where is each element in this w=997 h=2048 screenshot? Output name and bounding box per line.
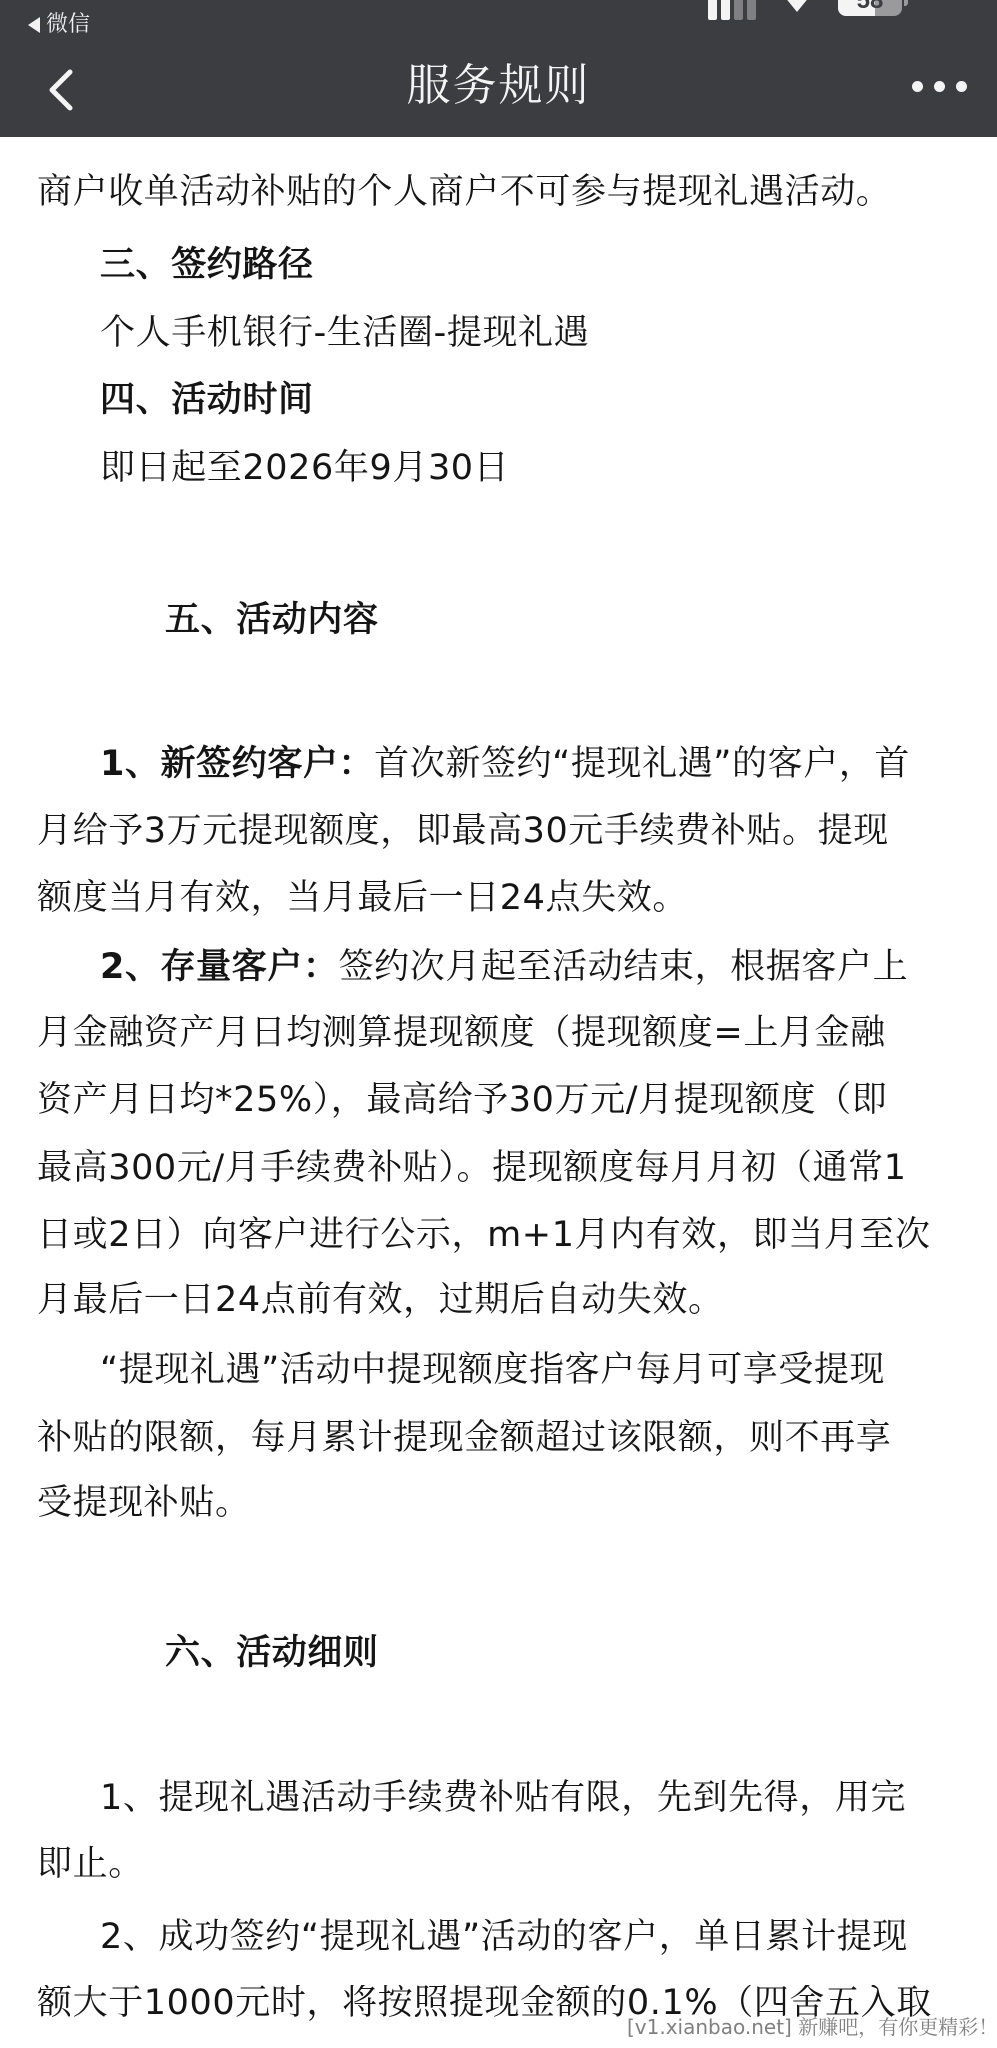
section-heading-activity-rules: 六、活动细则 <box>165 1628 379 1678</box>
more-dot-icon <box>934 81 945 92</box>
section-heading-activity-content: 五、活动内容 <box>165 595 379 645</box>
page-title: 服务规则 <box>0 54 997 118</box>
paragraph-line: 月金融资产月日均测算提现额度（提现额度=上月金融 <box>37 1008 886 1058</box>
site-watermark: [v1.xianbao.net] 新赚吧，有你更精彩！ <box>627 2015 997 2039</box>
back-triangle-icon <box>28 17 40 33</box>
battery-icon: 58 <box>838 0 902 16</box>
return-to-app-link[interactable]: 微信 <box>28 10 90 40</box>
paragraph-line: 受提现补贴。 <box>37 1478 251 1528</box>
top-bar: 微信 58 服务规则 <box>0 0 997 137</box>
paragraph-line: 个人手机银行-生活圈-提现礼遇 <box>100 308 589 358</box>
more-options-button[interactable] <box>912 72 982 100</box>
battery-nub <box>904 0 908 6</box>
item-label-new-customer: 1、新签约客户： <box>100 744 374 784</box>
paragraph-line: 2、成功签约“提现礼遇”活动的客户，单日累计提现 <box>100 1912 908 1962</box>
paragraph-line: 补贴的限额，每月累计提现金额超过该限额，则不再享 <box>37 1413 891 1463</box>
paragraph-line: 即日起至2026年9月30日 <box>100 443 509 493</box>
item-label-existing-customer: 2、存量客户： <box>100 947 339 987</box>
paragraph-line: 日或2日）向客户进行公示，m+1月内有效，即当月至次 <box>37 1210 931 1260</box>
item-text: 首次新签约“提现礼遇”的客户，首 <box>374 744 910 784</box>
paragraph-line: 最高300元/月手续费补贴）。提现额度每月月初（通常1 <box>37 1143 907 1193</box>
paragraph-line: 商户收单活动补贴的个人商户不可参与提现礼遇活动。 <box>37 167 891 217</box>
wifi-icon <box>782 0 812 16</box>
paragraph-line: 额度当月有效，当月最后一日24点失效。 <box>37 873 688 923</box>
paragraph-line: 即止。 <box>37 1839 144 1889</box>
more-dot-icon <box>912 81 923 92</box>
section-heading-signing-path: 三、签约路径 <box>100 240 314 290</box>
more-dot-icon <box>956 81 967 92</box>
paragraph-line: 月给予3万元提现额度，即最高30元手续费补贴。提现 <box>37 806 889 856</box>
paragraph-line: 月最后一日24点前有效，过期后自动失效。 <box>37 1275 724 1325</box>
paragraph-line: 2、存量客户：签约次月起至活动结束，根据客户上 <box>100 942 908 992</box>
item-text: 签约次月起至活动结束，根据客户上 <box>339 947 909 987</box>
section-heading-activity-time: 四、活动时间 <box>100 375 314 425</box>
paragraph-line: 资产月日均*25%），最高给予30万元/月提现额度（即 <box>37 1075 887 1125</box>
paragraph-line: 1、新签约客户：首次新签约“提现礼遇”的客户，首 <box>100 739 910 789</box>
battery-percent: 58 <box>838 0 902 16</box>
paragraph-line: 1、提现礼遇活动手续费补贴有限，先到先得，用完 <box>100 1773 906 1823</box>
paragraph-line: “提现礼遇”活动中提现额度指客户每月可享受提现 <box>100 1345 885 1395</box>
cellular-signal-icon <box>708 0 756 20</box>
return-app-label: 微信 <box>46 10 90 40</box>
